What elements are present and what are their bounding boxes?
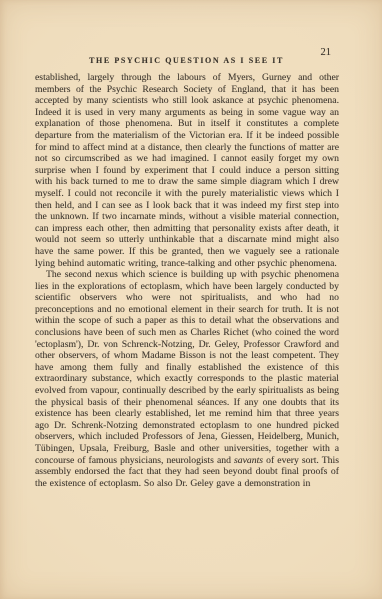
running-head: THE PSYCHIC QUESTION AS I SEE IT	[35, 50, 338, 68]
italic-word-savants: savants	[234, 455, 263, 466]
body-text-block: established, largely through the labours…	[35, 72, 339, 489]
page-number: 21	[321, 47, 332, 58]
book-page-scan: THE PSYCHIC QUESTION AS I SEE IT 21 esta…	[0, 0, 382, 599]
paragraph-text-lead: The second nexus which science is buildi…	[35, 269, 339, 466]
paragraph-continued: established, largely through the labours…	[35, 72, 339, 269]
paragraph-second-nexus: The second nexus which science is buildi…	[35, 269, 339, 489]
running-head-title: THE PSYCHIC QUESTION AS I SEE IT	[89, 56, 284, 65]
